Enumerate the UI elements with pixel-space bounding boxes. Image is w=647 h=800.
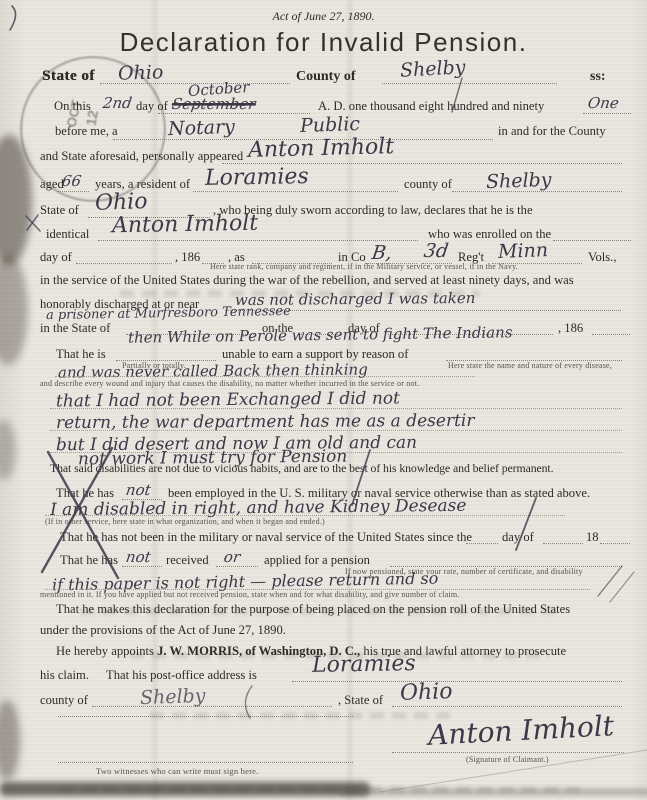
ink-smudge [0,255,28,365]
since-day-of-label: day of [502,530,534,545]
other-service-note: (If in other service, here state in what… [45,517,325,526]
ink-smudge [340,788,647,796]
wound-instruction-note: and describe every wound and injury that… [40,379,419,388]
his-claim-label: his claim. [40,668,89,683]
received-label: received [166,553,209,568]
regiment-name-handwriting: Minn [498,239,549,263]
rank-instruction-note: Here state rank, company and regiment, i… [210,262,518,271]
age-handwriting: 66 [61,172,83,190]
ink-smudge [0,420,16,480]
witness-line-2 [58,762,353,763]
post-office-handwriting: Loramies [312,651,416,678]
blank-line [583,113,631,114]
identical-name-handwriting: Anton Imholt [112,211,259,239]
margin-scribble [610,572,634,602]
county-handwriting-2: Shelby [486,169,552,193]
company-handwriting: B, [370,242,393,264]
blank-line [592,334,630,335]
witness-instruction-note: Two witnesses who can write must sign he… [96,766,258,776]
identical-label: identical [46,227,89,242]
unable-label: unable to earn a support by reason of [222,347,408,362]
y186-label-2: , 186 [558,321,583,336]
state-value-handwriting: Ohio [118,61,164,85]
blank-line [553,240,631,241]
perole-handwriting: then While on Perole was sent to fight T… [128,323,513,346]
ss-label: ss: [590,69,606,85]
blank-line [50,430,622,431]
state-handwriting-3: Ohio [400,679,453,706]
county-of-label: County of [296,69,356,85]
day-of-label: day of [136,99,168,114]
day-number-handwriting: 2nd [102,94,133,112]
declaration-sentence-1: That he makes this declaration for the p… [56,602,570,617]
enroll-186-label: , 186 [175,250,200,265]
before-me-label: before me, a [55,124,118,139]
blank-line [292,681,622,682]
blank-line [392,706,622,707]
margin-scribble [598,566,622,596]
signature-of-claimant-note: (Signature of Claimant.) [466,755,549,764]
document-page: OCT 12 Act of June 27, 1890. Declaration… [0,0,647,800]
act-caption: Act of June 27, 1890. [0,9,647,24]
on-this-label: On this [54,99,91,114]
blank-line [45,515,565,516]
blank-line [122,566,162,567]
ink-smudge [0,782,370,796]
state-of-label-3: , State of [338,693,383,708]
state-of-label: State of [42,68,95,85]
signature-line [392,752,624,753]
county-of-label-2: county of [404,177,452,192]
vols-label: Vols., [588,250,616,265]
blank-line [98,240,418,241]
appoints-pre: He hereby appoints [56,644,154,658]
notary-handwriting: Notary [168,116,236,140]
not-handwriting-2: not [125,548,152,566]
applied-label: applied for a pension [264,553,370,568]
blank-line [382,83,557,84]
blank-line [92,706,332,707]
blank-line [193,191,398,192]
blank-line [600,543,630,544]
since-18-label: 18 [586,530,599,545]
county-handwriting-3: Shelby [140,685,206,709]
or-handwriting: or [223,548,242,566]
not-handwriting-1: not [125,481,152,499]
blank-line [55,376,475,377]
since-sentence: That he has not been in the military or … [60,530,472,545]
county-of-label-3: county of [40,693,88,708]
residence-handwriting: Loramies [205,164,309,191]
post-office-label: That his post-office address is [106,668,257,683]
blank-line [50,408,622,409]
enroll-day-of-label: day of [40,250,72,265]
vicious-habits-sentence: That said disabilities are not due to vi… [50,461,553,476]
blank-line [57,191,89,192]
disease-instruction-note: Here state the name and nature of every … [448,361,612,370]
witness-line-1 [58,716,353,717]
sworn-text: , who being duly sworn according to law,… [213,203,533,218]
personally-appeared-label: and State aforesaid, personally appeared [40,149,243,164]
pension-note-2: mentioned in it. If you have applied but… [40,590,460,599]
received-pre: That he has [60,553,118,568]
year-word-handwriting: One [587,94,620,112]
in-state-label: in the State of [40,321,110,336]
public-handwriting: Public [300,113,361,137]
that-he-is-label: That he is [56,347,106,362]
blank-line [158,113,310,114]
attorney-name: J. W. MORRIS, [157,644,242,658]
ink-smudge [0,700,20,780]
ad-year-text: A. D. one thousand eight hundred and nin… [318,99,544,114]
claimant-signature-handwriting: Anton Imholt [427,709,614,752]
blank-line [466,543,498,544]
form-title: Declaration for Invalid Pension. [0,27,647,58]
county-value-handwriting: Shelby [399,56,466,81]
blank-line [76,263,172,264]
blank-line [543,543,583,544]
declaration-sentence-2: under the provisions of the Act of June … [40,623,286,638]
blank-line [216,566,258,567]
in-and-for-county-label: in and for the County [498,124,606,139]
state-of-label-2: State of [40,203,79,218]
service-sentence: in the service of the United States duri… [40,273,574,288]
regiment-number-handwriting: 3d [422,240,449,262]
claimant-name-handwriting: Anton Imholt [248,134,395,163]
